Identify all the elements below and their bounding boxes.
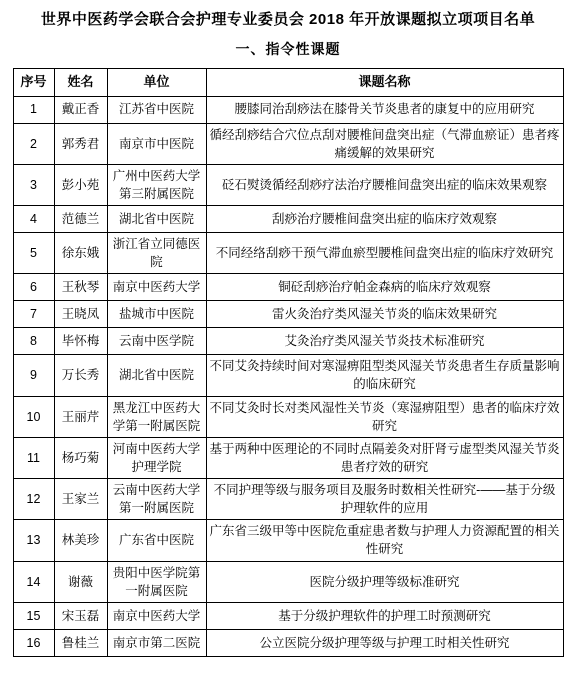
name-cell: 徐东娥 [54,233,107,274]
table-row: 1戴正香江苏省中医院腰膝同治刮痧法在膝骨关节炎患者的康复中的应用研究 [13,96,563,123]
unit-cell: 湖北省中医院 [107,206,206,233]
name-cell: 王秋琴 [54,274,107,301]
unit-cell: 浙江省立同德医院 [107,233,206,274]
serial-cell: 4 [13,206,54,233]
table-row: 15宋玉磊南京中医药大学基于分级护理软件的护理工时预测研究 [13,602,563,629]
unit-cell: 云南中医学院 [107,328,206,355]
title-cell: 广东省三级甲等中医院危重症患者数与护理人力资源配置的相关性研究 [206,520,563,561]
serial-cell: 16 [13,629,54,656]
column-header-unit: 单位 [107,68,206,96]
title-cell: 艾灸治疗类风湿关节炎技术标准研究 [206,328,563,355]
serial-cell: 2 [13,123,54,164]
table-row: 11杨巧菊河南中医药大学护理学院基于两种中医理论的不同时点隔姜灸对肝肾亏虚型类风… [13,437,563,478]
serial-cell: 5 [13,233,54,274]
unit-cell: 黑龙江中医药大学第一附属医院 [107,396,206,437]
serial-cell: 12 [13,479,54,520]
name-cell: 林美珍 [54,520,107,561]
unit-cell: 江苏省中医院 [107,96,206,123]
table-row: 9万长秀湖北省中医院不同艾灸持续时间对寒湿痹阻型类风湿关节炎患者生存质量影响的临… [13,355,563,396]
unit-cell: 云南中医药大学第一附属医院 [107,479,206,520]
name-cell: 鲁桂兰 [54,629,107,656]
title-cell: 医院分级护理等级标准研究 [206,561,563,602]
unit-cell: 盐城市中医院 [107,301,206,328]
column-header-name: 姓名 [54,68,107,96]
table-row: 3彭小苑广州中医药大学第三附属医院砭石熨烫循经刮痧疗法治疗腰椎间盘突出症的临床效… [13,164,563,205]
table-row: 8毕怀梅云南中医学院艾灸治疗类风湿关节炎技术标准研究 [13,328,563,355]
serial-cell: 6 [13,274,54,301]
unit-cell: 河南中医药大学护理学院 [107,437,206,478]
table-row: 10王丽芹黑龙江中医药大学第一附属医院不同艾灸时长对类风湿性关节炎（寒湿痹阻型）… [13,396,563,437]
document-title: 世界中医药学会联合会护理专业委员会 2018 年开放课题拟立项项目名单 [0,0,576,30]
table-header-row: 序号 姓名 单位 课题名称 [13,68,563,96]
project-table: 序号 姓名 单位 课题名称 1戴正香江苏省中医院腰膝同治刮痧法在膝骨关节炎患者的… [13,68,564,657]
table-row: 7王晓凤盐城市中医院雷火灸治疗类风湿关节炎的临床效果研究 [13,301,563,328]
serial-cell: 9 [13,355,54,396]
name-cell: 万长秀 [54,355,107,396]
serial-cell: 1 [13,96,54,123]
name-cell: 王丽芹 [54,396,107,437]
serial-cell: 7 [13,301,54,328]
title-cell: 公立医院分级护理等级与护理工时相关性研究 [206,629,563,656]
column-header-title: 课题名称 [206,68,563,96]
title-cell: 刮痧治疗腰椎间盘突出症的临床疗效观察 [206,206,563,233]
name-cell: 毕怀梅 [54,328,107,355]
serial-cell: 15 [13,602,54,629]
unit-cell: 南京市中医院 [107,123,206,164]
title-cell: 不同护理等级与服务项目及服务时数相关性研究-——基于分级护理软件的应用 [206,479,563,520]
name-cell: 郭秀君 [54,123,107,164]
serial-cell: 14 [13,561,54,602]
table-row: 4范德兰湖北省中医院刮痧治疗腰椎间盘突出症的临床疗效观察 [13,206,563,233]
title-cell: 腰膝同治刮痧法在膝骨关节炎患者的康复中的应用研究 [206,96,563,123]
unit-cell: 广州中医药大学第三附属医院 [107,164,206,205]
table-row: 5徐东娥浙江省立同德医院不同经络刮痧干预气滞血瘀型腰椎间盘突出症的临床疗效研究 [13,233,563,274]
unit-cell: 南京中医药大学 [107,602,206,629]
table-row: 6王秋琴南京中医药大学铜砭刮痧治疗帕金森病的临床疗效观察 [13,274,563,301]
title-cell: 砭石熨烫循经刮痧疗法治疗腰椎间盘突出症的临床效果观察 [206,164,563,205]
table-row: 16鲁桂兰南京市第二医院公立医院分级护理等级与护理工时相关性研究 [13,629,563,656]
title-cell: 不同艾灸持续时间对寒湿痹阻型类风湿关节炎患者生存质量影响的临床研究 [206,355,563,396]
name-cell: 杨巧菊 [54,437,107,478]
table-row: 13林美珍广东省中医院广东省三级甲等中医院危重症患者数与护理人力资源配置的相关性… [13,520,563,561]
name-cell: 王晓凤 [54,301,107,328]
title-cell: 基于两种中医理论的不同时点隔姜灸对肝肾亏虚型类风湿关节炎患者疗效的研究 [206,437,563,478]
serial-cell: 3 [13,164,54,205]
unit-cell: 湖北省中医院 [107,355,206,396]
table-row: 14谢薇贵阳中医学院第一附属医院医院分级护理等级标准研究 [13,561,563,602]
unit-cell: 广东省中医院 [107,520,206,561]
serial-cell: 8 [13,328,54,355]
document-page: 世界中医药学会联合会护理专业委员会 2018 年开放课题拟立项项目名单 一、指令… [0,0,576,682]
name-cell: 谢薇 [54,561,107,602]
table-row: 12王家兰云南中医药大学第一附属医院不同护理等级与服务项目及服务时数相关性研究-… [13,479,563,520]
table-row: 2郭秀君南京市中医院循经刮痧结合穴位点刮对腰椎间盘突出症（气滞血瘀证）患者疼痛缓… [13,123,563,164]
title-cell: 循经刮痧结合穴位点刮对腰椎间盘突出症（气滞血瘀证）患者疼痛缓解的效果研究 [206,123,563,164]
name-cell: 王家兰 [54,479,107,520]
serial-cell: 11 [13,437,54,478]
document-subtitle: 一、指令性课题 [0,39,576,59]
name-cell: 戴正香 [54,96,107,123]
unit-cell: 贵阳中医学院第一附属医院 [107,561,206,602]
title-cell: 基于分级护理软件的护理工时预测研究 [206,602,563,629]
title-cell: 铜砭刮痧治疗帕金森病的临床疗效观察 [206,274,563,301]
name-cell: 彭小苑 [54,164,107,205]
serial-cell: 13 [13,520,54,561]
serial-cell: 10 [13,396,54,437]
name-cell: 范德兰 [54,206,107,233]
unit-cell: 南京中医药大学 [107,274,206,301]
column-header-no: 序号 [13,68,54,96]
title-cell: 不同艾灸时长对类风湿性关节炎（寒湿痹阻型）患者的临床疗效研究 [206,396,563,437]
name-cell: 宋玉磊 [54,602,107,629]
unit-cell: 南京市第二医院 [107,629,206,656]
title-cell: 不同经络刮痧干预气滞血瘀型腰椎间盘突出症的临床疗效研究 [206,233,563,274]
title-cell: 雷火灸治疗类风湿关节炎的临床效果研究 [206,301,563,328]
